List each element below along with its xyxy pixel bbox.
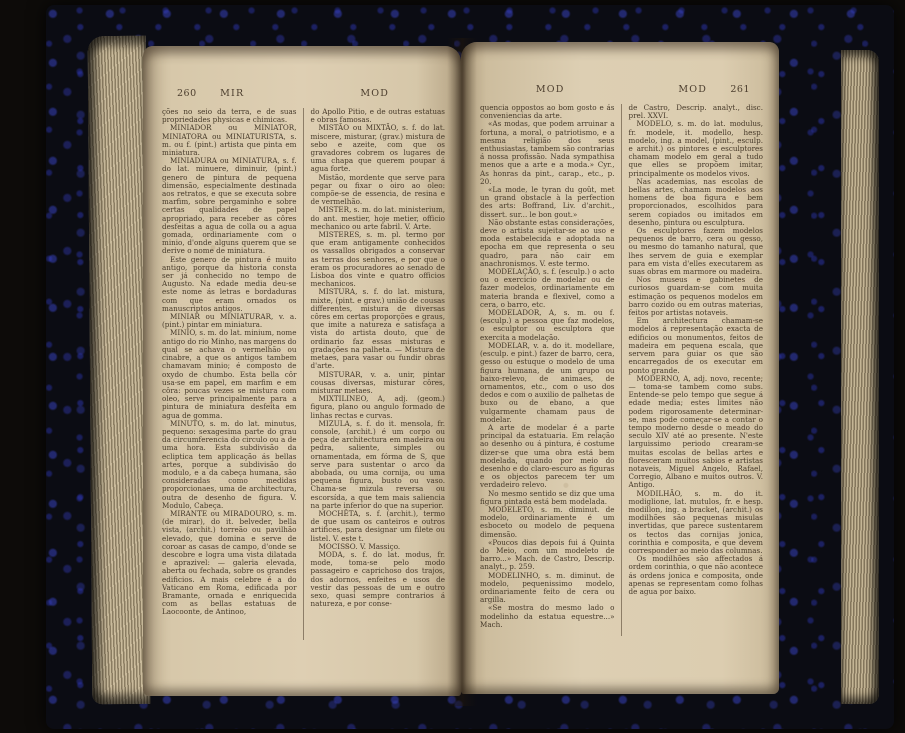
dictionary-paragraph: Este genero de pintura é muito antigo, p… bbox=[162, 256, 297, 313]
left-page-content: 260 MIR MOD ções no seio da terra, e de … bbox=[143, 46, 461, 696]
photo-of-open-book: { "colors":{ "background":"#0d0b09", "pa… bbox=[0, 0, 905, 733]
left-page-header: 260 MIR MOD bbox=[161, 88, 446, 101]
left-page-columns: ções no seio da terra, e de suas proprie… bbox=[161, 108, 446, 640]
dictionary-paragraph: quencia oppostos ao bom gosto e ás conve… bbox=[480, 104, 615, 120]
dictionary-paragraph: Não obstante estas considerações, deve o… bbox=[480, 219, 615, 268]
dictionary-paragraph: MINIO, s. m. do lat. minium, nome antigo… bbox=[162, 329, 297, 419]
dictionary-paragraph: ções no seio da terra, e de suas proprie… bbox=[162, 108, 297, 124]
right-page-number: 261 bbox=[730, 84, 750, 95]
left-page: 260 MIR MOD ções no seio da terra, e de … bbox=[143, 46, 461, 696]
left-page-number: 260 bbox=[177, 88, 197, 99]
dictionary-paragraph: MINIADOR ou MINIATOR, MINIATORA ou MINIA… bbox=[162, 124, 297, 157]
dictionary-paragraph: MISTER, s. m. do lat. ministerium, do an… bbox=[311, 206, 446, 231]
dictionary-paragraph: MODELAÇÃO, s. f. (esculp.) o acto ou o e… bbox=[480, 268, 615, 309]
dictionary-paragraph: MODELINHO, s. m. diminut. de modelo, peq… bbox=[480, 572, 615, 605]
dictionary-paragraph: «La mode, le tyran du goût, met un grand… bbox=[480, 186, 615, 219]
right-page: MOD MOD 261 quencia oppostos ao bom gost… bbox=[461, 42, 779, 694]
dictionary-paragraph: MINUTO, s. m. do lat. minutus, pequeno: … bbox=[162, 420, 297, 510]
page-stack-left-edge bbox=[88, 36, 151, 704]
dictionary-paragraph: Em architectura chamam-se modelos á repr… bbox=[629, 317, 764, 374]
right-page-columns: quencia oppostos ao bom gosto e ás conve… bbox=[479, 104, 764, 636]
dictionary-paragraph: «As modas, que podem arruinar a fortuna,… bbox=[480, 120, 615, 186]
dictionary-paragraph: No mesmo sentido se diz que uma figura p… bbox=[480, 490, 615, 506]
dictionary-paragraph: MODA, s. f. do lat. modus, fr. mode, tom… bbox=[311, 551, 446, 608]
dictionary-paragraph: Nos museus e gabinetes de curiosos guard… bbox=[629, 276, 764, 317]
running-title-mod-left: MOD bbox=[479, 84, 622, 97]
dictionary-paragraph: MODELADOR, A, s. m. ou f. (esculp.) a pe… bbox=[480, 309, 615, 342]
dictionary-paragraph: MINIAR ou MINIATURAR, v. a. (pint.) pint… bbox=[162, 313, 297, 329]
text-column-3: quencia oppostos ao bom gosto e ás conve… bbox=[479, 104, 621, 636]
dictionary-paragraph: MODILHÃO, s. m. do it. modiglione, lat. … bbox=[629, 490, 764, 556]
dictionary-paragraph: Mistão, mordente que serve para pegar ou… bbox=[311, 174, 446, 207]
dictionary-paragraph: MISTURA, s. f. do lat. mistura, mixte, (… bbox=[311, 288, 446, 370]
right-page-content: MOD MOD 261 quencia oppostos ao bom gost… bbox=[461, 42, 779, 694]
right-page-header: MOD MOD 261 bbox=[479, 84, 764, 97]
dictionary-paragraph: de Castro, Descrip. analyt., disc. prel.… bbox=[629, 104, 764, 120]
dictionary-paragraph: MINIADURA ou MINIATURA, s. f. do lat. mi… bbox=[162, 157, 297, 255]
dictionary-paragraph: «Poucos dias depois fui á Quinta do Meio… bbox=[480, 539, 615, 572]
dictionary-paragraph: Nas academias, nas escolas de bellas art… bbox=[629, 178, 764, 227]
dictionary-paragraph: MOCHÊTA, s. f. (archit.), termo de que u… bbox=[311, 510, 446, 543]
text-column-2: do Apollo Pitio, e de outras estatuas e … bbox=[303, 108, 447, 640]
dictionary-paragraph: MISTERES, s. m. pl. termo por que eram a… bbox=[311, 231, 446, 288]
dictionary-paragraph: MODERNO, A, adj. novo, recente; — toma-s… bbox=[629, 375, 764, 490]
dictionary-paragraph: Os esculptores fazem modelos pequenos de… bbox=[629, 227, 764, 276]
dictionary-paragraph: MIXTILINEO, A, adj. (geom.) figura, plan… bbox=[311, 395, 446, 420]
dictionary-paragraph: MODELETO, s. m. diminut. de modelo, ordi… bbox=[480, 506, 615, 539]
running-title-mod: MOD bbox=[304, 88, 447, 101]
dictionary-paragraph: MISTÃO ou MIXTÃO, s. f. do lat. miscere,… bbox=[311, 124, 446, 173]
dictionary-paragraph: do Apollo Pitio, e de outras estatuas e … bbox=[311, 108, 446, 124]
dictionary-paragraph: MISTURAR, v. a. unir, pintar cousas dive… bbox=[311, 371, 446, 396]
text-column-4: de Castro, Descrip. analyt., disc. prel.… bbox=[621, 104, 765, 636]
dictionary-paragraph: MODELO, s. m. do lat. modulus, fr. model… bbox=[629, 120, 764, 177]
dictionary-paragraph: Os modilhões são affectados á ordem cori… bbox=[629, 555, 764, 596]
dictionary-paragraph: «Se mostra do mesmo lado o modelinho da … bbox=[480, 604, 615, 629]
dictionary-paragraph: MIZULA, s. f. do it. mensola, fr. consol… bbox=[311, 420, 446, 510]
dictionary-paragraph: MODELAR, v. a. do it. modellare, (esculp… bbox=[480, 342, 615, 424]
dictionary-paragraph: A arte de modelar é a parte principal da… bbox=[480, 424, 615, 490]
text-column-1: ções no seio da terra, e de suas proprie… bbox=[161, 108, 303, 640]
page-stack-right-edge bbox=[841, 50, 879, 704]
dictionary-paragraph: MIRANTE ou MIRADOURO, s. m. (de mirar), … bbox=[162, 510, 297, 617]
